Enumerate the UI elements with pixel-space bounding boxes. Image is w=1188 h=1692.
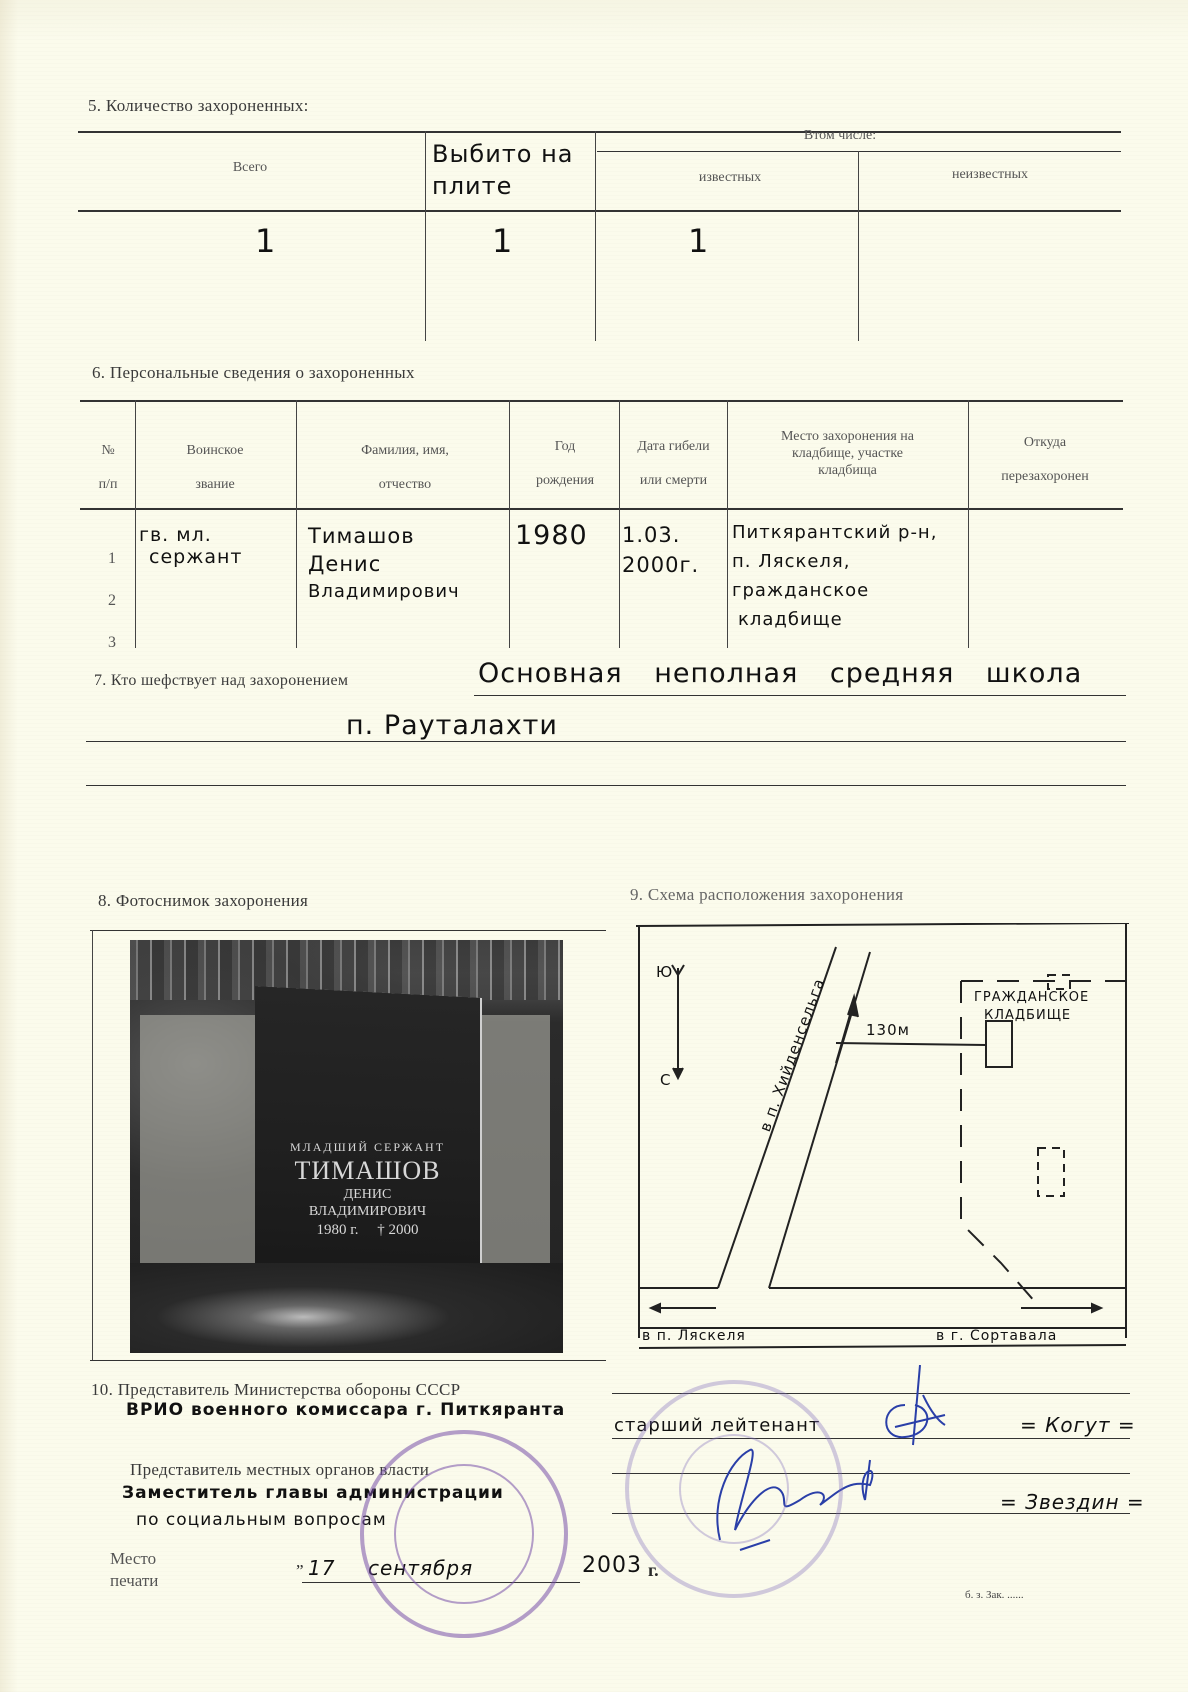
- col-header-birth-year-line1: Год: [515, 430, 615, 464]
- header-unknown: неизвестных: [920, 167, 1060, 184]
- photo-gravestone: [255, 986, 480, 1288]
- value-known: 1: [688, 222, 709, 260]
- table6-divider: [509, 400, 510, 648]
- col-header-burial-place: Место захоронения на кладбище, участке к…: [735, 428, 960, 479]
- location-scheme: Ю С в п. Хийденсельга ГРАЖДАНСКОЕ КЛАДБИ…: [636, 923, 1129, 1353]
- col-header-reburied-from-line1: Откуда: [975, 426, 1115, 460]
- table5-header-bottom-border: [78, 210, 1121, 212]
- stamp-place-line2: печати: [110, 1570, 158, 1592]
- photo-frame-top: [90, 930, 606, 931]
- header-engraved-line2: плите: [432, 170, 574, 202]
- table6-divider: [968, 400, 969, 648]
- printer-mark: б. з. Зак. ......: [965, 1589, 1024, 1601]
- row-number: 1: [100, 538, 124, 580]
- header-known: известных: [660, 170, 800, 187]
- section10-title: 10. Представитель Министерства обороны С…: [91, 1380, 460, 1400]
- table6-top-border: [80, 400, 1123, 402]
- table6-divider: [135, 400, 136, 648]
- patron-line1: Основная неполная средняя школа: [478, 658, 1082, 689]
- record-death-date-line2: 2000г.: [622, 550, 699, 580]
- cemetery-label-line1: ГРАЖДАНСКОЕ: [974, 989, 1089, 1007]
- col-header-name-line1: Фамилия, имя,: [320, 434, 490, 468]
- local-name: = Звездин =: [1000, 1490, 1145, 1514]
- compass-north-label: С: [660, 1071, 671, 1089]
- table6-divider: [296, 400, 297, 648]
- table5-divider: [425, 131, 426, 341]
- record-birth-year: 1980: [515, 520, 588, 551]
- col-header-birth-year-line2: рождения: [515, 464, 615, 498]
- col-header-reburied-from-line2: перезахоронен: [975, 460, 1115, 494]
- distance-label: 130м: [866, 1021, 910, 1039]
- col-header-birth-year: Год рождения: [515, 430, 615, 498]
- record-rank-line2: сержант: [139, 546, 242, 568]
- stamp-military-commissariat: [360, 1430, 568, 1638]
- section9-title: 9. Схема расположения захоронения: [630, 885, 903, 905]
- col-header-death-date-line2: или смерти: [620, 464, 727, 498]
- col-header-rank-line2: звание: [150, 468, 280, 502]
- col-header-name-line2: отчество: [320, 468, 490, 502]
- table5-divider: [595, 131, 596, 341]
- table6-header-bottom-border: [80, 508, 1123, 510]
- record-patronymic: Владимирович: [308, 578, 460, 606]
- header-total: Всего: [200, 160, 300, 177]
- record-burial-place: Питкярантский р-н, п. Ляскеля, гражданск…: [732, 518, 937, 634]
- record-rank: гв. мл. сержант: [139, 524, 242, 568]
- record-surname: Тимашов: [308, 522, 460, 550]
- record-burial-place-line3: гражданское: [732, 576, 937, 605]
- table5-top-border: [78, 131, 1121, 133]
- row-numbers: 1 2 3: [100, 538, 124, 664]
- header-engraved: Выбито на плите: [432, 138, 574, 203]
- row-number: 2: [100, 580, 124, 622]
- stone-surname: ТИМАШОВ: [255, 1156, 480, 1186]
- section6-title: 6. Персональные сведения о захороненных: [92, 363, 415, 383]
- section7-label: 7. Кто шефствует над захоронением: [94, 672, 348, 690]
- date-open-quote: „: [296, 1552, 304, 1572]
- stamp-place-line1: Место: [110, 1548, 158, 1570]
- col-header-rank-line1: Воинское: [150, 434, 280, 468]
- patron-underline-1: [474, 695, 1126, 696]
- date-year: 2003: [582, 1553, 642, 1578]
- date-day: 17: [308, 1556, 335, 1580]
- mod-position: ВРИО военного комиссара г. Питкяранта: [126, 1400, 565, 1420]
- table5-divider: [858, 151, 859, 341]
- record-death-date: 1.03. 2000г.: [622, 520, 699, 580]
- photo-flowers: [130, 1263, 563, 1353]
- cemetery-label-line2: КЛАДБИЩЕ: [974, 1007, 1089, 1025]
- stone-rank: МЛАДШИЙ СЕРЖАНТ: [255, 1140, 480, 1155]
- stone-first-name: ДЕНИС: [255, 1187, 480, 1203]
- photo-frame-left: [92, 930, 93, 1360]
- stamp-district-administration: [625, 1380, 843, 1598]
- section5-title: 5. Количество захороненных:: [88, 96, 309, 116]
- record-burial-place-line1: Питкярантский р-н,: [732, 518, 937, 547]
- header-including: Втом числе:: [780, 128, 900, 145]
- record-first-name: Денис: [308, 550, 460, 578]
- record-name: Тимашов Денис Владимирович: [308, 522, 460, 606]
- col-header-death-date: Дата гибели или смерти: [620, 430, 727, 498]
- table5-subheader-border: [597, 151, 1121, 152]
- right-destination: в г. Сортавала: [936, 1328, 1057, 1344]
- scheme-drawing: [636, 923, 1129, 1353]
- photo-frame-bottom: [90, 1360, 606, 1361]
- record-burial-place-line2: п. Ляскеля,: [732, 547, 937, 576]
- stamp-inner-ring: [679, 1434, 789, 1544]
- patron-underline-3: [86, 785, 1126, 786]
- mod-name: = Когут =: [1020, 1413, 1136, 1437]
- stamp-place-label: Место печати: [110, 1548, 158, 1592]
- local-position-2: по социальным вопросам: [136, 1510, 387, 1530]
- col-header-burial-place-line1: Место захоронения на: [735, 428, 960, 445]
- col-header-num-line1: №: [92, 434, 124, 468]
- gravestone-photo: МЛАДШИЙ СЕРЖАНТ ТИМАШОВ ДЕНИС ВЛАДИМИРОВ…: [130, 940, 563, 1353]
- stamp-inner-ring: [394, 1464, 534, 1604]
- cemetery-label: ГРАЖДАНСКОЕ КЛАДБИЩЕ: [974, 989, 1089, 1025]
- col-header-num-line2: п/п: [92, 468, 124, 502]
- col-header-num: № п/п: [92, 434, 124, 502]
- stone-patronymic: ВЛАДИМИРОВИЧ: [255, 1204, 480, 1220]
- record-rank-line1: гв. мл.: [139, 524, 242, 546]
- col-header-burial-place-line3: кладбища: [735, 462, 960, 479]
- patron-line2: п. Рауталахти: [346, 710, 558, 741]
- col-header-death-date-line1: Дата гибели: [620, 430, 727, 464]
- col-header-reburied-from: Откуда перезахоронен: [975, 426, 1115, 494]
- col-header-rank: Воинское звание: [150, 434, 280, 502]
- value-total: 1: [255, 222, 276, 260]
- col-header-burial-place-line2: кладбище, участке: [735, 445, 960, 462]
- header-engraved-line1: Выбито на: [432, 138, 574, 170]
- value-engraved: 1: [492, 222, 513, 260]
- patron-underline-2: [86, 741, 1126, 742]
- row-number: 3: [100, 622, 124, 664]
- left-destination: в п. Ляскеля: [642, 1328, 746, 1344]
- compass-south-label: Ю: [656, 963, 673, 981]
- col-header-name: Фамилия, имя, отчество: [320, 434, 490, 502]
- section8-title: 8. Фотоснимок захоронения: [98, 891, 308, 911]
- record-death-date-line1: 1.03.: [622, 520, 699, 550]
- record-burial-place-line4: кладбище: [732, 605, 937, 634]
- stone-dates: 1980 г. † 2000: [255, 1222, 480, 1239]
- table6-divider: [727, 400, 728, 648]
